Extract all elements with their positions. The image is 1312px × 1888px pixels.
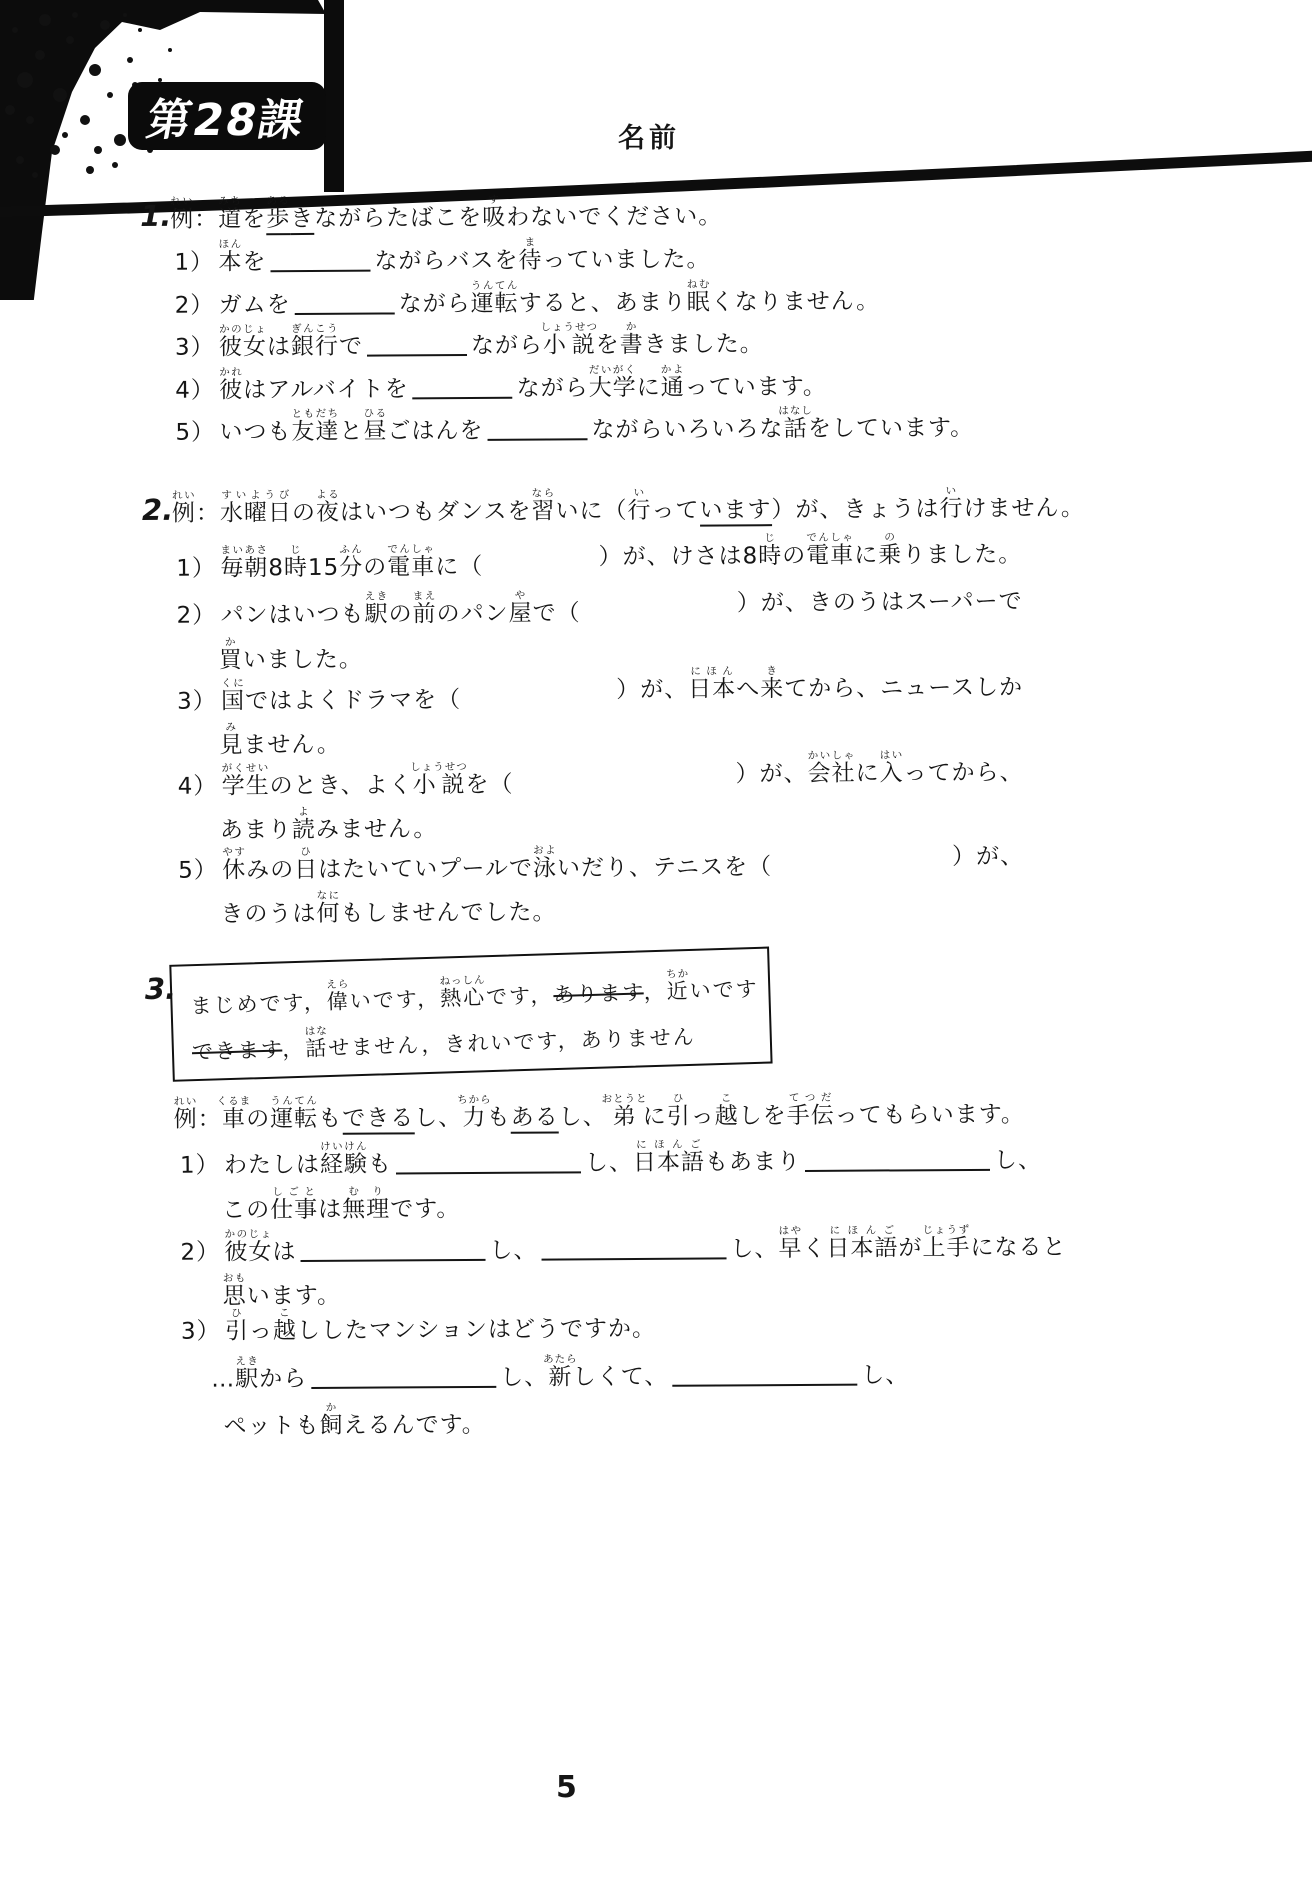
item-sentence: ガムをながら運転うんてんすると、あまり眠ねむくなりません。: [219, 277, 881, 321]
blank-line: [270, 251, 370, 272]
section2-item-3-cont: 見みません。: [219, 721, 341, 762]
item-left: 毎朝まいあさ8時じ15分ふんの電車でんしゃに（: [220, 543, 483, 584]
section3-example: 例れい：車くるまの運転うんてんもできるし、力ちからもあるし、弟おとうとに引ひっ越…: [174, 1091, 1025, 1136]
item-number: 4）: [178, 773, 222, 803]
section2-item-2: 2） パンはいつも駅えきの前まえのパン屋やで（ ）が、きのうはスーパーで: [176, 587, 1022, 632]
item-number: 2）: [180, 1239, 224, 1269]
item-sentence: 彼女かのじょは銀行ぎんこうでながら小説しょうせつを書かきました。: [219, 320, 764, 363]
section2-item-4-cont: あまり読よみません。: [220, 805, 438, 846]
answer-gap: [461, 706, 616, 707]
item-sentence: 彼かれはアルバイトをながら大学だいがくに通かよっています。: [219, 363, 827, 407]
blank-line: [541, 1239, 726, 1261]
item-number: 5）: [178, 857, 222, 887]
item-sentence: わたしは経験けいけんもし、日本語にほんごもあまりし、: [224, 1137, 1042, 1182]
lesson-badge-label: 第28課: [143, 84, 312, 148]
section2-item-5: 5） 休やすみの日ひはたいていプールで泳およいだり、テニスを（ ）が、: [178, 842, 1024, 887]
blank-line: [487, 420, 587, 441]
item-continuation: 見みません。: [219, 721, 341, 762]
item-continuation: きのうは何なにもしませんでした。: [220, 888, 556, 930]
section2-item-2-cont: 買かいました。: [219, 636, 363, 677]
item-continuation: ペットも飼かえるんです。: [223, 1401, 485, 1442]
item-sentence: いつも友達ともだちと昼ひるごはんをながらいろいろな話はなしをしています。: [219, 404, 974, 448]
example-sentence: 例れい：水曜日すいようびの夜よるはいつもダンスを習ならいに（行いっています）が、…: [172, 484, 1085, 529]
item-right: ）が、きのうはスーパーで: [737, 588, 1023, 620]
item-number: 2）: [177, 602, 221, 632]
item-number: 5）: [175, 419, 219, 449]
name-field-label: 名前: [618, 116, 680, 155]
section1-item-4: 4） 彼かれはアルバイトをながら大学だいがくに通かよっています。: [175, 363, 827, 407]
section1-example: 1. 例れい：道みちを歩あるきながらたばこを吸すわないでください。: [140, 192, 722, 236]
word-bank-box: まじめです，偉えらいです，熱心ねっしんです，あります，近ちかいです できます，話…: [169, 947, 772, 1082]
answer-gap: [772, 873, 952, 874]
item-right: ）が、けさは8時じの電車でんしゃに乗のりました。: [598, 531, 1022, 573]
section2-item-5-cont: きのうは何なにもしませんでした。: [220, 888, 556, 930]
worksheet-page: 第28課 名前 1. 例れい：道みちを歩あるきながらたばこを吸すわないでください…: [0, 0, 1312, 1888]
item-number: 1）: [180, 1152, 224, 1182]
blank-line: [672, 1365, 857, 1387]
section3-item-1-cont: この仕事しごとは無理むりです。: [222, 1185, 460, 1226]
blank-line: [396, 1153, 581, 1175]
item-left: 休やすみの日ひはたいていプールで泳およいだり、テニスを（: [222, 843, 772, 886]
item-sentence: 引ひっ越こししたマンションはどうですか。: [225, 1305, 656, 1348]
item-sentence: 本ほんをながらバスを待まっていました。: [218, 236, 710, 279]
section2-number: 2.: [142, 492, 172, 530]
blank-line: [300, 1240, 485, 1262]
item-left: 学生がくせいのとき、よく小説しょうせつを（: [221, 761, 513, 803]
item-number: 1）: [176, 555, 220, 585]
item-right: ）が、会社かいしゃに入はいってから、: [735, 749, 1023, 791]
section2-item-1: 1） 毎朝まいあさ8時じ15分ふんの電車でんしゃに（ ）が、けさは8時じの電車で…: [176, 540, 1022, 585]
section3-item-3-answer: …駅えきからし、新あたらしくて、し、: [211, 1351, 909, 1395]
blank-line: [311, 1367, 496, 1389]
item-number: 2）: [175, 292, 219, 322]
section2-item-4: 4） 学生がくせいのとき、よく小説しょうせつを（ ）が、会社かいしゃに入はいって…: [177, 758, 1023, 803]
item-number: 3）: [175, 334, 219, 364]
page-number: 5: [556, 1770, 577, 1805]
worksheet-body: 1. 例れい：道みちを歩あるきながらたばこを吸すわないでください。 1） 本ほん…: [140, 185, 1029, 1640]
blank-line: [805, 1150, 990, 1172]
section1-number: 1.: [140, 198, 170, 236]
item-continuation: 買かいました。: [219, 636, 363, 677]
section2-example: 2. 例れい：水曜日すいようびの夜よるはいつもダンスを習ならいに（行いっています…: [142, 484, 1085, 530]
answer-gap: [514, 790, 736, 791]
section3-item-2: 2） 彼女かのじょはし、し、早はやく日本語にほんごが上手じょうずになると: [180, 1223, 1066, 1268]
header-vertical-rule: [324, 0, 344, 192]
blank-line: [413, 378, 513, 399]
section3-item-3: 3） 引ひっ越こししたマンションはどうですか。: [181, 1305, 656, 1348]
section3-item-3-cont: ペットも飼かえるんです。: [223, 1401, 485, 1442]
item-continuation: …駅えきからし、新あたらしくて、し、: [211, 1351, 909, 1395]
item-number: 3）: [177, 688, 221, 718]
item-number: 4）: [175, 377, 219, 407]
item-number: 1）: [174, 249, 218, 279]
item-right: ）が、: [952, 843, 1024, 873]
lesson-badge: 第28課: [128, 82, 326, 150]
answer-gap: [483, 573, 598, 574]
example-sentence: 例れい：道みちを歩あるきながらたばこを吸すわないでください。: [170, 192, 722, 235]
item-right: ）が、日本にほんへ来きてから、ニュースしか: [616, 664, 1023, 706]
section1-item-1: 1） 本ほんをながらバスを待まっていました。: [174, 236, 710, 279]
item-left: 国くにではよくドラマを（: [221, 676, 461, 717]
blank-line: [367, 335, 467, 356]
section1-item-2: 2） ガムをながら運転うんてんすると、あまり眠ねむくなりません。: [175, 277, 881, 321]
section1-item-3: 3） 彼女かのじょは銀行ぎんこうでながら小説しょうせつを書かきました。: [175, 320, 764, 363]
item-continuation: あまり読よみません。: [220, 805, 438, 846]
example-sentence: 例れい：車くるまの運転うんてんもできるし、力ちからもあるし、弟おとうとに引ひっ越…: [174, 1091, 1025, 1136]
item-sentence: 彼女かのじょはし、し、早はやく日本語にほんごが上手じょうずになると: [224, 1223, 1066, 1268]
section2-item-3: 3） 国くにではよくドラマを（ ）が、日本にほんへ来きてから、ニュースしか: [177, 673, 1023, 718]
section3-item-1: 1） わたしは経験けいけんもし、日本語にほんごもあまりし、: [180, 1137, 1042, 1182]
section1-item-5: 5） いつも友達ともだちと昼ひるごはんをながらいろいろな話はなしをしています。: [175, 404, 974, 449]
item-left: パンはいつも駅えきの前まえのパン屋やで（: [220, 589, 580, 631]
answer-gap: [581, 619, 737, 620]
blank-line: [295, 294, 395, 315]
item-continuation: この仕事しごとは無理むりです。: [222, 1185, 460, 1226]
item-number: 3）: [181, 1318, 225, 1348]
